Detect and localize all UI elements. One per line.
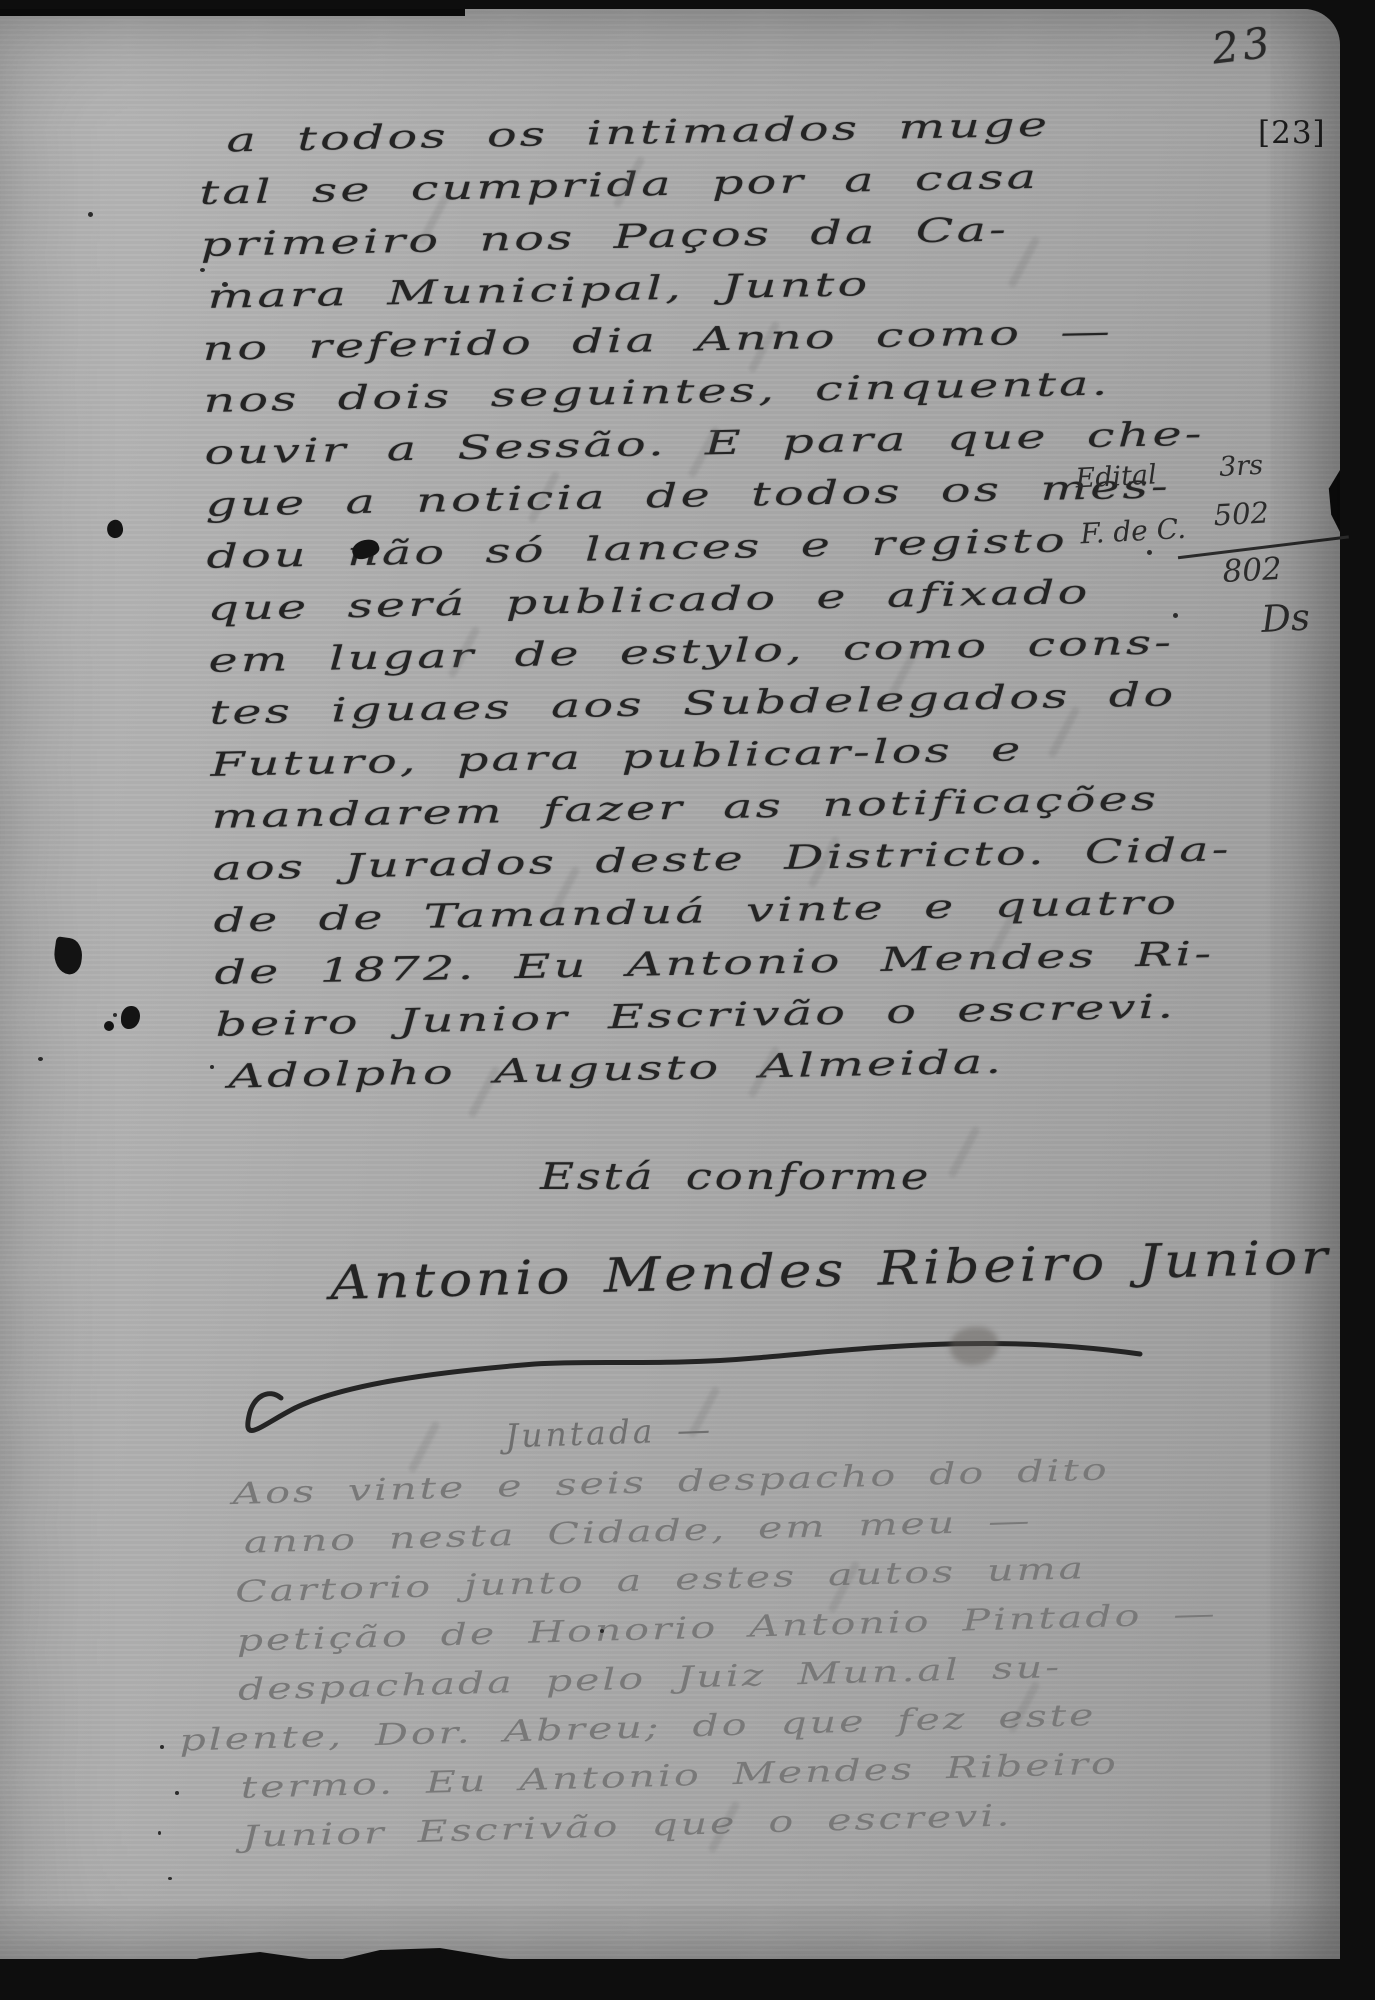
margin-note: Edital 3rs F. de C. 502 802 Ds — [1066, 442, 1375, 677]
ink-speck — [600, 1629, 604, 1633]
ink-speck — [160, 1745, 164, 1749]
ink-blot — [105, 518, 125, 540]
juntada-heading: Juntada — — [504, 1409, 713, 1455]
ink-blot — [104, 1021, 114, 1031]
ink-speck — [88, 212, 93, 217]
manuscript-page: 23 [23] a todos os intimados muge tal se… — [0, 9, 1340, 1959]
ink-speck — [168, 1877, 172, 1880]
scan-border-step — [0, 9, 465, 16]
ink-speck — [1147, 550, 1152, 555]
margin-note-fraction-denominator: 802 — [1222, 551, 1283, 590]
margin-note-value: 3rs — [1218, 450, 1264, 483]
ink-speck — [200, 268, 205, 272]
juntada-text-block: Aos vinte e seis despacho do dito anno n… — [232, 1452, 1143, 1869]
ink-blot — [121, 1006, 140, 1029]
margin-note-fraction-numerator: 502 — [1213, 496, 1270, 533]
ink-speck — [113, 1013, 117, 1017]
show-through-mark — [947, 1125, 980, 1178]
signature-text: Antonio Mendes Ribeiro Junior — [329, 1234, 1178, 1311]
ink-blot — [52, 936, 85, 976]
margin-note-label: Edital — [1075, 459, 1158, 494]
margin-note-flourish: Ds — [1260, 596, 1311, 641]
ink-speck — [158, 1831, 161, 1835]
ink-speck — [175, 1791, 179, 1795]
margin-note-fee-label: F. de C. — [1080, 512, 1187, 550]
ink-speck — [1173, 613, 1178, 618]
scanned-document: 23 [23] a todos os intimados muge tal se… — [0, 0, 1375, 2000]
handwritten-page-number: 23 — [1209, 17, 1276, 73]
ink-speck — [210, 1065, 214, 1069]
ink-speck — [222, 282, 228, 287]
ink-speck — [38, 1057, 43, 1061]
attestation-text: Está conforme — [540, 1157, 841, 1198]
